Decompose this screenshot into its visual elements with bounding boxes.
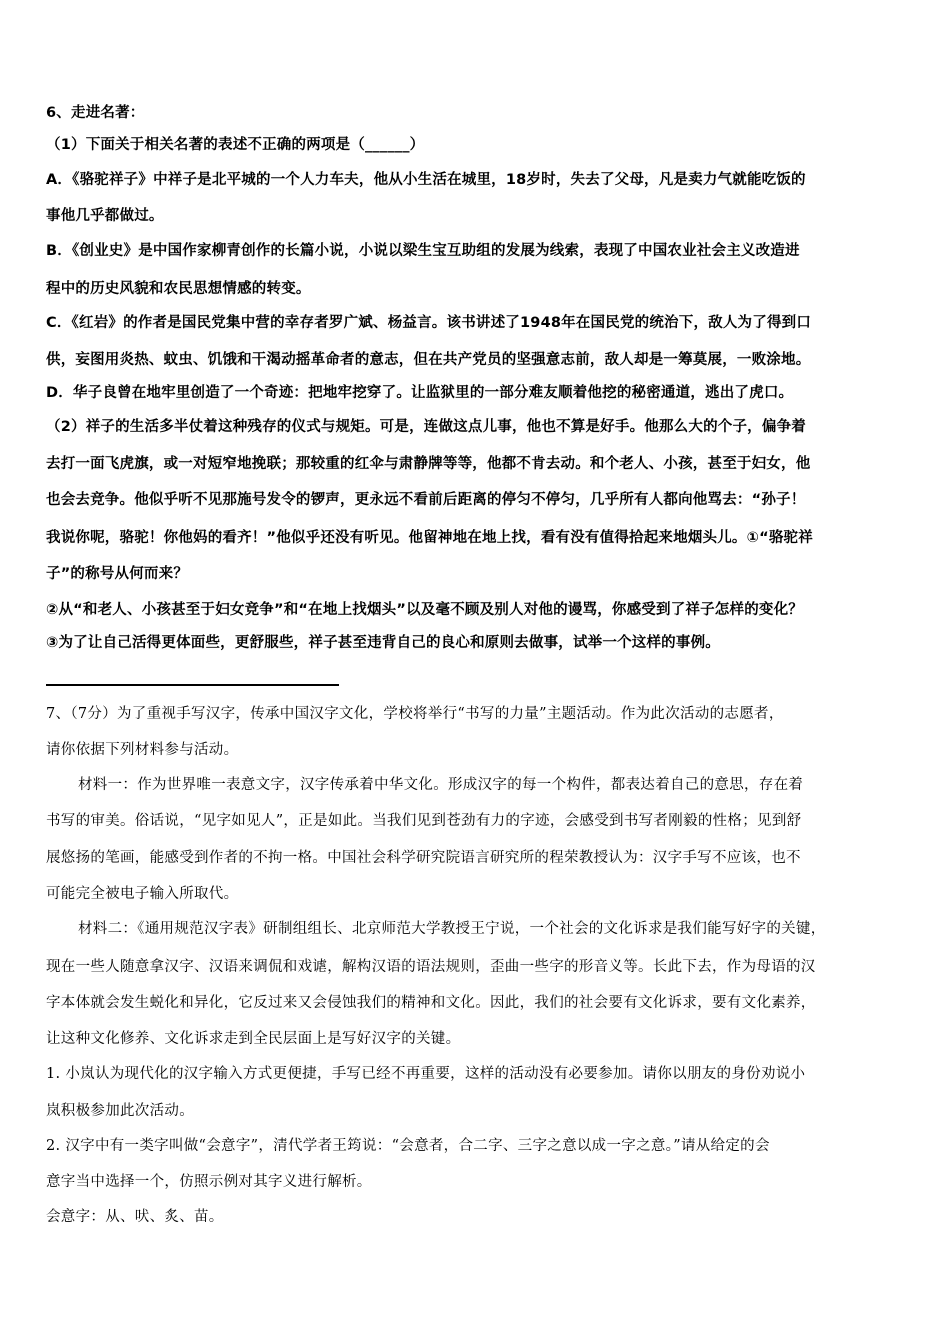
q7-material2-line: 字本体就会发生蜕化和异化，它反过来又会侵蚀我们的精神和文化。因此，我们的社会要有… xyxy=(46,993,816,1013)
q6-option-b-line1: B．《创业史》是中国作家柳青创作的长篇小说，小说以梁生宝互助组的发展为线索，表现… xyxy=(46,241,800,261)
q7-task2-line1: 2. 汉字中有一类字叫做“会意字”，清代学者王筠说：“会意者，合二字、三字之意以… xyxy=(46,1136,770,1156)
q6-part2-line: 去打一面飞虎旗，或一对短窄地挽联；那较重的红伞与肃静牌等等，他都不肯去动。和个老… xyxy=(46,454,810,474)
q7-intro-line: 请你依据下列材料参与活动。 xyxy=(46,740,238,760)
q7-material2-line: 让这种文化修养、文化诉求走到全民层面上是写好汉字的关键。 xyxy=(46,1029,460,1049)
q6-option-a-line1: A．《骆驼祥子》中祥子是北平城的一个人力车夫，他从小生活在城里，18岁时，失去了… xyxy=(46,170,806,190)
q7-huiyi-chars: 会意字：从、吠、炙、苗。 xyxy=(46,1207,224,1227)
q7-material2-line: 材料二：《通用规范汉字表》研制组组长、北京师范大学教授王宁说，一个社会的文化诉求… xyxy=(78,919,826,939)
q7-material1-line: 展悠扬的笔画，能感受到作者的不拘一格。中国社会科学研究院语言研究所的程荣教授认为… xyxy=(46,848,801,868)
q6-part2-line: 也会去竞争。他似乎听不见那施号发令的锣声，更永远不看前后距离的停匀不停匀，几乎所… xyxy=(46,490,805,510)
q6-option-c-line2: 供，妄图用炎热、蚊虫、饥饿和干渴动摇革命者的意志，但在共产党员的坚强意志前，敌人… xyxy=(46,350,810,370)
q6-part2-line: 子”的称号从何而来？ xyxy=(46,564,188,584)
q7-material1-line: 材料一：作为世界唯一表意文字，汉字传承着中华文化。形成汉字的每一个构件，都表达着… xyxy=(78,775,803,795)
q7-material2-line: 现在一些人随意拿汉字、汉语来调侃和戏谑，解构汉语的语法规则，歪曲一些字的形音义等… xyxy=(46,957,816,977)
q6-part1-prompt: （1）下面关于相关名著的表述不正确的两项是（______） xyxy=(46,135,424,155)
q7-task1-line2: 岚积极参加此次活动。 xyxy=(46,1101,194,1121)
q7-intro-line: 7、（7分）为了重视手写汉字，传承中国汉字文化，学校将举行“书写的力量”主题活动… xyxy=(46,704,784,724)
q6-subquestion-3: ③为了让自己活得更体面些，更舒服些，祥子甚至违背自己的良心和原则去做事，试举一个… xyxy=(46,633,720,653)
q6-subquestion-2: ②从“和老人、小孩甚至于妇女竞争”和“在地上找烟头”以及毫不顾及别人对他的谩骂，… xyxy=(46,600,803,620)
q6-title: 6、走进名著： xyxy=(46,103,145,123)
q7-material1-line: 可能完全被电子输入所取代。 xyxy=(46,884,238,904)
q6-part2-line: 我说你呢，骆驼！你他妈的看齐！”他似乎还没有听见。他留神地在地上找，看有没有值得… xyxy=(46,528,813,548)
q7-task2-line2: 意字当中选择一个，仿照示例对其字义进行解析。 xyxy=(46,1172,372,1192)
answer-underline xyxy=(46,684,339,686)
q6-part2-line: （2）祥子的生活多半仗着这种残存的仪式与规矩。可是，连做这点儿事，他也不算是好手… xyxy=(46,417,806,437)
q6-option-d: D．华子良曾在地牢里创造了一个奇迹：把地牢挖穿了。让监狱里的一部分难友顺着他挖的… xyxy=(46,383,793,403)
q7-task1-line1: 1. 小岚认为现代化的汉字输入方式更便捷，手写已经不再重要，这样的活动没有必要参… xyxy=(46,1064,805,1084)
q6-option-b-line2: 程中的历史风貌和农民思想情感的转变。 xyxy=(46,279,311,299)
q6-option-a-line2: 事他几乎都做过。 xyxy=(46,206,164,226)
q6-option-c-line1: C．《红岩》的作者是国民党集中营的幸存者罗广斌、杨益言。该书讲述了1948年在国… xyxy=(46,313,811,333)
document-page: 6、走进名著： （1）下面关于相关名著的表述不正确的两项是（______） A．… xyxy=(0,0,950,1344)
q7-material1-line: 书写的审美。俗话说，“见字如见人”，正是如此。当我们见到苍劲有力的字迹，会感受到… xyxy=(46,811,801,831)
